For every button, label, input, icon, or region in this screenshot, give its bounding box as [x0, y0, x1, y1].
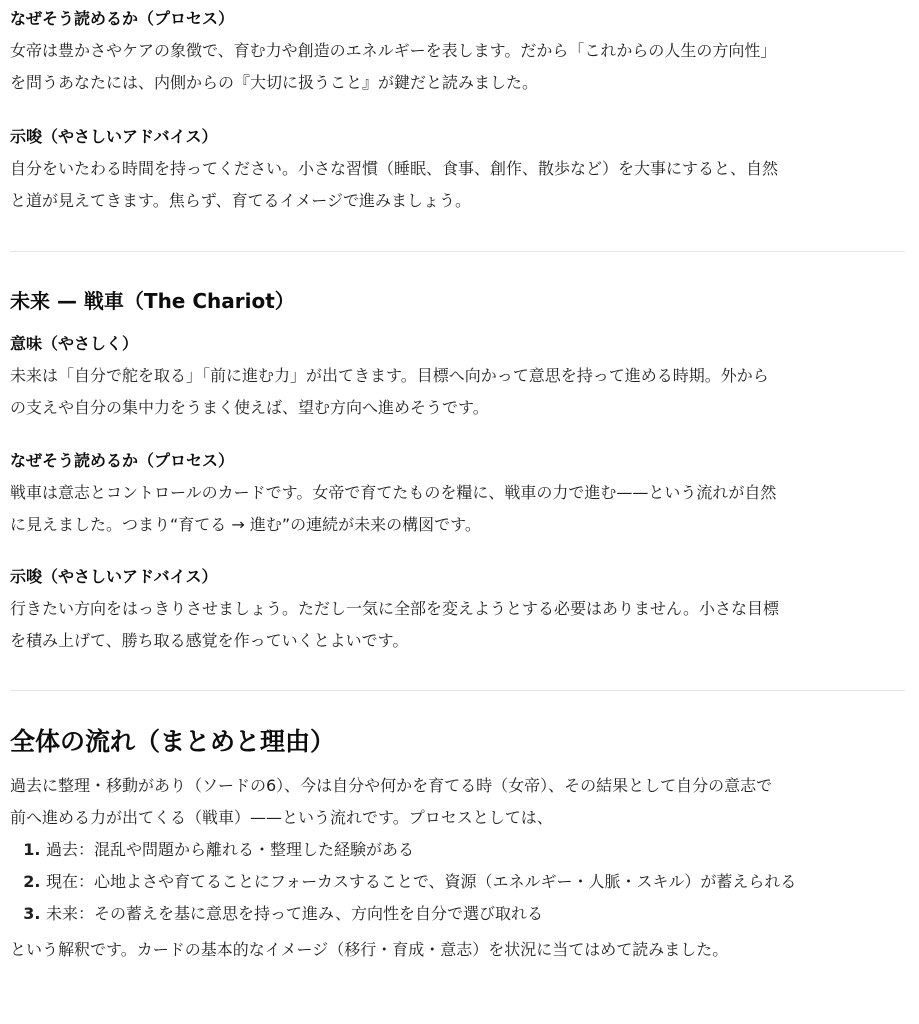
paragraph-line: 未来は「自分で舵を取る」「前に進む力」が出てきます。目標へ向かって意思を持って進… [10, 360, 905, 392]
paragraph-line: を問うあなたには、内側からの『大切に扱うこと』が鍵だと読みました。 [10, 67, 905, 99]
section-heading: 示唆（やさしいアドバイス） [10, 565, 905, 589]
paragraph-line: 過去に整理・移動があり（ソードの6）、今は自分や何かを育てる時（女帝）、その結果… [10, 770, 905, 802]
paragraph-line: を積み上げて、勝ち取る感覚を作っていくとよいです。 [10, 625, 905, 657]
closing-paragraph: という解釈です。カードの基本的なイメージ（移行・育成・意志）を状況に当てはめて読… [10, 934, 905, 966]
future-section: 未来 — 戦車（The Chariot） [10, 286, 905, 316]
list-item: 過去：混乱や問題から離れる・整理した経験がある [46, 834, 905, 866]
section-heading: なぜそう読めるか（プロセス） [10, 7, 905, 31]
divider [10, 690, 905, 691]
list-item: 現在：心地よさや育てることにフォーカスすることで、資源（エネルギー・人脈・スキル… [46, 866, 905, 898]
paragraph-line: の支えや自分の集中力をうまく使えば、望む方向へ進めそうです。 [10, 392, 905, 424]
present-advice-section: 示唆（やさしいアドバイス） 自分をいたわる時間を持ってください。小さな習慣（睡眠… [10, 125, 905, 217]
future-advice-section: 示唆（やさしいアドバイス） 行きたい方向をはっきりさせましょう。ただし一気に全部… [10, 565, 905, 657]
list-item: 未来：その蓄えを基に意思を持って進み、方向性を自分で選び取れる [46, 898, 905, 930]
section-heading: なぜそう読めるか（プロセス） [10, 449, 905, 473]
paragraph-line: に見えました。つまり“育てる → 進む”の連続が未来の構図です。 [10, 509, 905, 541]
section-heading: 示唆（やさしいアドバイス） [10, 125, 905, 149]
section-title: 未来 — 戦車（The Chariot） [10, 286, 905, 316]
paragraph-line: 自分をいたわる時間を持ってください。小さな習慣（睡眠、食事、創作、散歩など）を大… [10, 153, 905, 185]
section-heading: 意味（やさしく） [10, 332, 905, 356]
divider [10, 251, 905, 252]
paragraph-line: と道が見えてきます。焦らず、育てるイメージで進みましょう。 [10, 185, 905, 217]
paragraph-line: 前へ進める力が出てくる（戦車）——という流れです。プロセスとしては、 [10, 802, 905, 834]
process-list: 過去：混乱や問題から離れる・整理した経験がある 現在：心地よさや育てることにフォ… [10, 834, 905, 930]
paragraph-line: 行きたい方向をはっきりさせましょう。ただし一気に全部を変えようとする必要はありま… [10, 593, 905, 625]
paragraph-line: 戦車は意志とコントロールのカードです。女帝で育てたものを糧に、戦車の力で進む——… [10, 477, 905, 509]
paragraph-line: 女帝は豊かさやケアの象徴で、育む力や創造のエネルギーを表します。だから「これから… [10, 35, 905, 67]
summary-section: 全体の流れ（まとめと理由） 過去に整理・移動があり（ソードの6）、今は自分や何か… [10, 724, 905, 966]
future-process-section: なぜそう読めるか（プロセス） 戦車は意志とコントロールのカードです。女帝で育てた… [10, 449, 905, 541]
future-meaning-section: 意味（やさしく） 未来は「自分で舵を取る」「前に進む力」が出てきます。目標へ向か… [10, 332, 905, 424]
summary-title: 全体の流れ（まとめと理由） [10, 724, 905, 760]
present-process-section: なぜそう読めるか（プロセス） 女帝は豊かさやケアの象徴で、育む力や創造のエネルギ… [10, 7, 905, 99]
